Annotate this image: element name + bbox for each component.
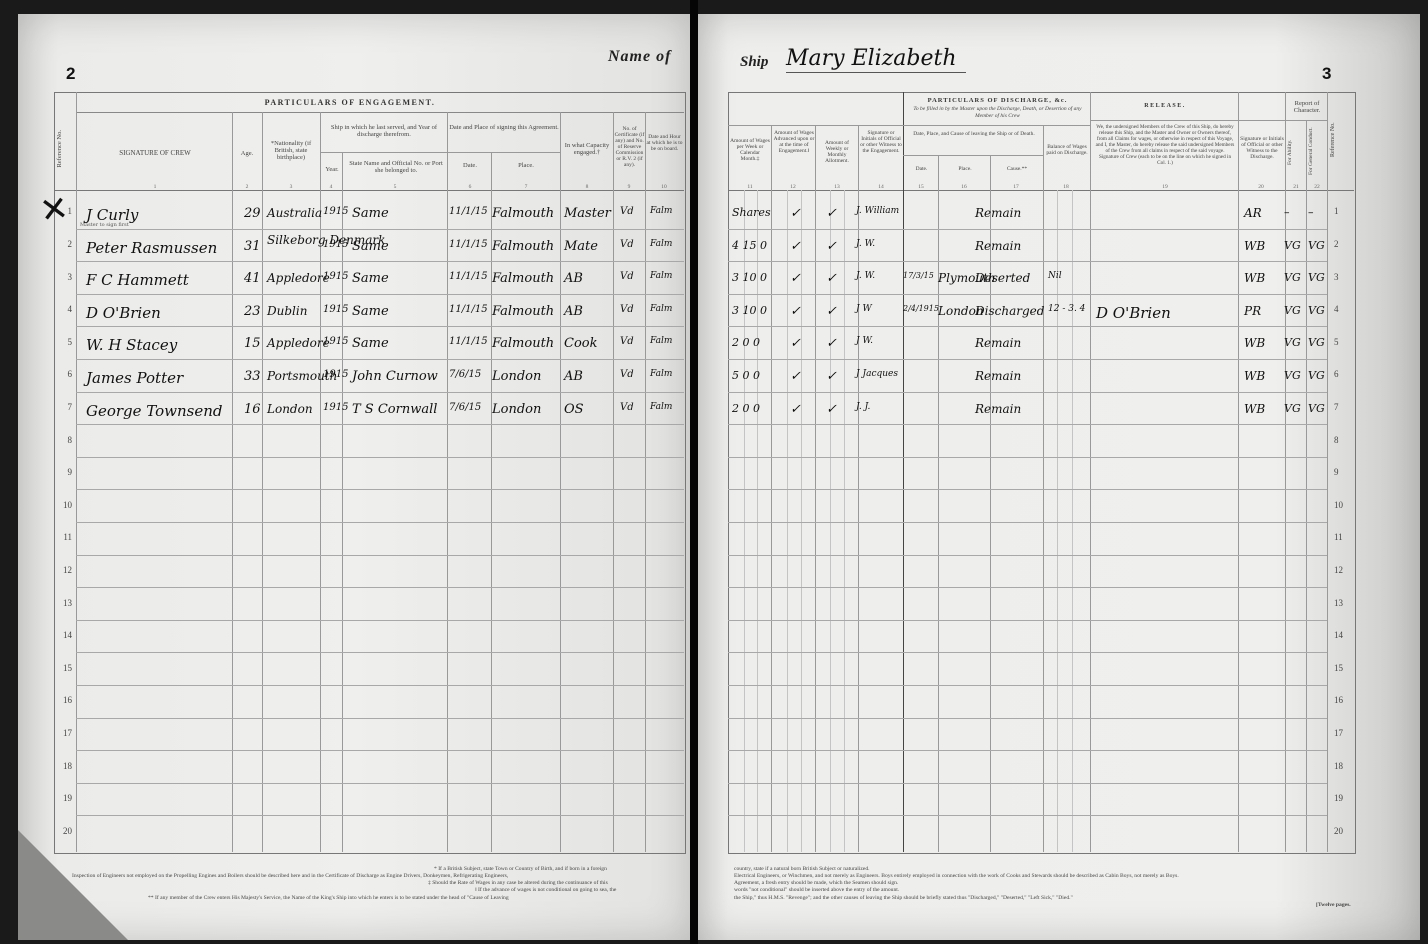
crew-witness: J. W. — [856, 271, 875, 281]
row-line-right — [728, 522, 1327, 523]
crew-date: 7/6/15 — [449, 402, 481, 413]
crew-date: 11/1/15 — [449, 239, 488, 250]
crew-discharge-witness: WB — [1244, 239, 1265, 253]
crew-on-board: Falm — [650, 304, 672, 314]
colnum-10: 10 — [654, 184, 674, 190]
crew-date: 11/1/15 — [449, 271, 488, 282]
crew-certificate: Vd — [620, 206, 634, 217]
row-number-right: 8 — [1334, 435, 1339, 445]
col-conduct: For General Conduct. — [1308, 124, 1327, 179]
col-year: Year. — [322, 166, 342, 173]
crew-cause: Remain — [975, 402, 1021, 416]
crew-last-ship: Same — [352, 336, 389, 351]
section-title-character: Report of Character. — [1287, 100, 1327, 114]
row-line-right — [728, 652, 1327, 653]
col-on-board: Date and Hour at which he is to be on bo… — [646, 134, 683, 152]
row-number-left: 9 — [58, 467, 72, 477]
crew-signature: Peter Rasmussen — [86, 239, 217, 257]
footnote-right-ship: the Ship," thus H.M.S. "Revenge"; and th… — [734, 895, 1073, 902]
crew-wages: 2 0 0 — [732, 336, 760, 349]
row-line-left — [76, 718, 684, 719]
row-number-right: 13 — [1334, 598, 1343, 608]
col-place: Place. — [493, 162, 559, 169]
crew-cause: Remain — [975, 206, 1021, 220]
crew-wages: 4 15 0 — [732, 239, 767, 252]
row-line-left — [76, 783, 684, 784]
ship-name: Mary Elizabeth — [786, 46, 957, 71]
row-number-right: 19 — [1334, 793, 1343, 803]
row-line-right — [728, 294, 1327, 295]
row-line-right — [728, 718, 1327, 719]
crew-balance: Nil — [1048, 271, 1062, 281]
crew-date: 11/1/15 — [449, 206, 488, 217]
col-wages: Amount of Wages per Week or Calendar Mon… — [730, 138, 770, 162]
row-number-right: 20 — [1334, 826, 1343, 836]
crew-on-board: Falm — [650, 369, 672, 379]
crew-date: 7/6/15 — [449, 369, 481, 380]
crew-allotment: ✓ — [826, 206, 837, 221]
crew-cause: Remain — [975, 239, 1021, 253]
crew-wages: 5 0 0 — [732, 369, 760, 382]
row-number-right: 17 — [1334, 728, 1343, 738]
crew-release-signature: D O'Brien — [1096, 304, 1171, 322]
crew-year: 1915 — [323, 304, 348, 315]
crew-advance: ✓ — [790, 336, 801, 351]
row-number-left: 5 — [58, 337, 72, 347]
row-line-left — [76, 294, 684, 295]
crew-place: London — [492, 369, 541, 384]
crew-certificate: Vd — [620, 304, 634, 315]
crew-allotment: ✓ — [826, 304, 837, 319]
crew-age: 29 — [244, 206, 261, 221]
crew-on-board: Falm — [650, 402, 672, 412]
crew-signature: George Townsend — [86, 402, 223, 420]
row-number-right: 2 — [1334, 239, 1339, 249]
colnum-22: 22 — [1307, 184, 1327, 190]
crew-place: Falmouth — [492, 336, 554, 351]
row-number-left: 12 — [58, 565, 72, 575]
crew-signature: J Curly — [86, 206, 138, 224]
crew-ability: VG — [1284, 369, 1301, 382]
row-line-left — [76, 587, 684, 588]
colnum-7: 7 — [516, 184, 536, 190]
row-line-right — [728, 424, 1327, 425]
row-line-left — [76, 750, 684, 751]
section-title-engagement: PARTICULARS OF ENGAGEMENT. — [200, 98, 500, 107]
footnote-right-electrical: Electrical Engineers, or Winchmen, and n… — [734, 873, 1179, 880]
row-line-right — [728, 392, 1327, 393]
row-number-left: 2 — [58, 239, 72, 249]
crew-place: Falmouth — [492, 304, 554, 319]
crew-capacity: AB — [564, 369, 583, 384]
col-cause: Cause.** — [992, 166, 1042, 173]
row-line-left — [76, 392, 684, 393]
crew-year: 1915 — [323, 336, 348, 347]
section-title-discharge: PARTICULARS OF DISCHARGE, &c. — [905, 97, 1090, 104]
group-leaving: Date, Place, and Cause of leaving the Sh… — [905, 131, 1043, 138]
row-number-left: 4 — [58, 304, 72, 314]
colnum-2: 2 — [237, 184, 257, 190]
row-number-left: 11 — [58, 532, 72, 542]
crew-witness: J. W. — [856, 239, 875, 249]
crew-last-ship: T S Cornwall — [352, 402, 437, 417]
crew-nationality: Appledore — [267, 271, 330, 285]
col-advance: Amount of Wages Advanced upon or at the … — [773, 130, 815, 154]
crew-advance: ✓ — [790, 271, 801, 286]
crew-ability: VG — [1284, 239, 1301, 252]
row-number-right: 16 — [1334, 695, 1343, 705]
section-discharge-sub: To be filled in by the Master upon the D… — [905, 106, 1090, 120]
crew-certificate: Vd — [620, 369, 634, 380]
colnum-12: 12 — [783, 184, 803, 190]
row-line-left — [76, 424, 684, 425]
row-number-right: 7 — [1334, 402, 1339, 412]
title-ship: Ship — [740, 54, 768, 71]
crew-conduct: VG — [1308, 239, 1325, 252]
row-line-right — [728, 783, 1327, 784]
row-line-right — [728, 326, 1327, 327]
col-ability: For Ability. — [1287, 130, 1306, 175]
col-nationality: *Nationality (if British, state birthpla… — [264, 140, 318, 161]
crew-nationality: Dublin — [267, 304, 307, 318]
crew-place: Falmouth — [492, 271, 554, 286]
row-line-right — [728, 815, 1327, 816]
colnum-9: 9 — [619, 184, 639, 190]
colnum-13: 13 — [827, 184, 847, 190]
row-line-left — [76, 685, 684, 686]
book-spine — [690, 0, 698, 944]
crew-witness: J W. — [856, 336, 873, 346]
row-line-left — [76, 261, 684, 262]
section-title-release: RELEASE. — [1092, 103, 1238, 109]
crew-witness: J W — [856, 304, 872, 314]
row-number-left: 6 — [58, 369, 72, 379]
crew-wages: 3 10 0 — [732, 271, 767, 284]
row-number-right: 11 — [1334, 532, 1343, 542]
row-line-left — [76, 815, 684, 816]
crew-capacity: OS — [564, 402, 584, 417]
colnum-3: 3 — [281, 184, 301, 190]
col-dis-place: Place. — [940, 166, 990, 173]
crew-age: 15 — [244, 336, 261, 351]
crew-on-board: Falm — [650, 271, 672, 281]
footnote-right-country: country, state if a natural born British… — [734, 866, 870, 873]
crew-advance: ✓ — [790, 369, 801, 384]
row-number-right: 15 — [1334, 663, 1343, 673]
row-line-left — [76, 620, 684, 621]
crew-allotment: ✓ — [826, 271, 837, 286]
crew-capacity: AB — [564, 271, 583, 286]
row-line-right — [728, 489, 1327, 490]
crew-allotment: ✓ — [826, 402, 837, 417]
row-number-right: 4 — [1334, 304, 1339, 314]
colnum-15: 15 — [911, 184, 931, 190]
col-dis-date: Date. — [905, 166, 938, 173]
crew-discharge-witness: AR — [1244, 206, 1262, 220]
crew-age: 16 — [244, 402, 261, 417]
row-line-right — [728, 359, 1327, 360]
crew-cause: Discharged — [975, 304, 1044, 318]
crew-cause: Remain — [975, 336, 1021, 350]
colnum-1: 1 — [145, 184, 165, 190]
crew-discharge-witness: WB — [1244, 336, 1265, 350]
row-line-left — [76, 457, 684, 458]
row-line-right — [728, 750, 1327, 751]
crew-year: 1915 — [323, 239, 348, 250]
crew-ability: VG — [1284, 402, 1301, 415]
col-certificate: No. of Certificate (if any) and No. of R… — [614, 126, 645, 168]
crew-year: 1915 — [323, 369, 348, 380]
row-number-right: 3 — [1334, 272, 1339, 282]
row-line-left — [76, 555, 684, 556]
row-number-left: 18 — [58, 761, 72, 771]
crew-cause: Remain — [975, 369, 1021, 383]
page-note: [Twelve pages. — [1316, 902, 1351, 909]
crew-year: 1915 — [323, 402, 348, 413]
colnum-20: 20 — [1251, 184, 1271, 190]
colnum-19: 19 — [1155, 184, 1175, 190]
col-witness-discharge: Signature or Initials of Official or oth… — [1240, 136, 1284, 160]
row-number-right: 6 — [1334, 369, 1339, 379]
crew-capacity: AB — [564, 304, 583, 319]
crew-conduct: VG — [1308, 271, 1325, 284]
crew-signature: D O'Brien — [86, 304, 161, 322]
crew-advance: ✓ — [790, 239, 801, 254]
crew-year: 1915 — [323, 271, 348, 282]
crew-ability: – — [1284, 206, 1290, 219]
crew-allotment: ✓ — [826, 336, 837, 351]
crew-discharge-witness: WB — [1244, 402, 1265, 416]
crew-wages: Shares — [732, 206, 771, 219]
row-number-left: 14 — [58, 630, 72, 640]
crew-witness: J. J. — [856, 402, 870, 412]
row-line-right — [728, 587, 1327, 588]
footnote-kings-service: ** If any member of the Crew enters His … — [148, 895, 509, 902]
crew-capacity: Master — [564, 206, 611, 221]
crew-advance: ✓ — [790, 206, 801, 221]
crew-signature: W. H Stacey — [86, 336, 177, 354]
crew-certificate: Vd — [620, 336, 634, 347]
colnum-4: 4 — [321, 184, 341, 190]
crew-capacity: Mate — [564, 239, 598, 254]
row-number-left: 8 — [58, 435, 72, 445]
footnote-engineers: Inspection of Engineers not employed on … — [72, 873, 508, 880]
colnum-6: 6 — [460, 184, 480, 190]
row-number-left: 3 — [58, 272, 72, 282]
crew-age: 23 — [244, 304, 261, 319]
title-name-of: Name of — [608, 48, 671, 66]
col-release-text: We, the undersigned Members of the Crew … — [1095, 124, 1235, 166]
row-number-left: 20 — [58, 826, 72, 836]
colnum-5: 5 — [385, 184, 405, 190]
crew-date: 11/1/15 — [449, 336, 488, 347]
crew-last-ship: Same — [352, 304, 389, 319]
col-reference-no-right: Reference No. — [1330, 110, 1352, 170]
crew-last-ship: John Curnow — [352, 369, 438, 384]
row-number-right: 14 — [1334, 630, 1343, 640]
row-number-left: 13 — [58, 598, 72, 608]
row-number-right: 1 — [1334, 206, 1339, 216]
crew-allotment: ✓ — [826, 239, 837, 254]
crew-signature: James Potter — [86, 369, 183, 387]
group-date-place-signing: Date and Place of signing this Agreement… — [449, 124, 559, 131]
crew-advance: ✓ — [790, 402, 801, 417]
crew-witness: J. William — [856, 206, 899, 216]
crew-capacity: Cook — [564, 336, 597, 351]
colnum-14: 14 — [871, 184, 891, 190]
crew-witness: J Jacques — [856, 369, 898, 379]
col-capacity: In what Capacity engaged.† — [562, 142, 612, 156]
row-number-left: 15 — [58, 663, 72, 673]
crew-ability: VG — [1284, 336, 1301, 349]
col-reference-no: Reference No. — [56, 130, 74, 168]
cross-mark: ✕ — [37, 188, 71, 232]
footnote-right-agreement: Agreement, a fresh entry should be made,… — [734, 880, 898, 887]
crew-on-board: Falm — [650, 239, 672, 249]
crew-age: 41 — [244, 271, 261, 286]
crew-cause: Deserted — [975, 271, 1030, 285]
crew-conduct: VG — [1308, 336, 1325, 349]
footnote-advance: ‖ If the advance of wages is not conditi… — [475, 887, 616, 894]
row-number-right: 9 — [1334, 467, 1339, 477]
left-page-number: 2 — [66, 64, 75, 84]
crew-signature: F C Hammett — [86, 271, 189, 289]
col-date: Date. — [449, 162, 491, 169]
row-number-left: 10 — [58, 500, 72, 510]
ship-name-underline — [786, 72, 966, 73]
crew-wages: 2 0 0 — [732, 402, 760, 415]
crew-on-board: Falm — [650, 336, 672, 346]
footnote-nationality: * If a British Subject, state Town or Co… — [434, 866, 607, 873]
col-age: Age. — [234, 150, 260, 157]
colnum-21: 21 — [1286, 184, 1306, 190]
crew-ability: VG — [1284, 304, 1301, 317]
crew-allotment: ✓ — [826, 369, 837, 384]
crew-date: 11/1/15 — [449, 304, 488, 315]
colnum-8: 8 — [577, 184, 597, 190]
right-page-number: 3 — [1322, 64, 1331, 84]
crew-advance: ✓ — [790, 304, 801, 319]
crew-age: 31 — [244, 239, 261, 254]
row-line-left — [76, 489, 684, 490]
crew-nationality: Australia — [267, 206, 322, 220]
col-balance: Balance of Wages paid on Discharge. — [1045, 144, 1089, 156]
crew-ability: VG — [1284, 271, 1301, 284]
col-state-name: State Name and Official No. or Port she … — [346, 160, 446, 174]
row-line-left — [76, 229, 684, 230]
row-number-right: 5 — [1334, 337, 1339, 347]
crew-conduct: – — [1308, 206, 1314, 219]
crew-discharge-date: 17/3/15 — [903, 271, 934, 280]
crew-last-ship: Same — [352, 271, 389, 286]
col-signature-of-crew: SIGNATURE OF CREW — [80, 150, 230, 157]
crew-place: Falmouth — [492, 206, 554, 221]
row-line-right — [728, 229, 1327, 230]
row-line-left — [76, 326, 684, 327]
row-number-left: 16 — [58, 695, 72, 705]
row-number-right: 10 — [1334, 500, 1343, 510]
crew-conduct: VG — [1308, 402, 1325, 415]
row-number-left: 19 — [58, 793, 72, 803]
row-number-left: 7 — [58, 402, 72, 412]
crew-on-board: Falm — [650, 206, 672, 216]
col-witness-engagement: Signature or Initials of Official or oth… — [860, 130, 902, 154]
crew-discharge-witness: WB — [1244, 369, 1265, 383]
row-line-right — [728, 555, 1327, 556]
crew-last-ship: Same — [352, 206, 389, 221]
crew-balance: 12 - 3. 4 — [1048, 304, 1085, 314]
row-number-right: 18 — [1334, 761, 1343, 771]
colnum-11: 11 — [740, 184, 760, 190]
row-line-right — [728, 261, 1327, 262]
crew-age: 33 — [244, 369, 261, 384]
footnote-right-words: words "not conditional" should be insert… — [734, 887, 899, 894]
crew-conduct: VG — [1308, 304, 1325, 317]
group-ship-last-served: Ship in which he last served, and Year o… — [322, 124, 446, 138]
crew-discharge-date: 2/4/1915 — [903, 304, 939, 313]
crew-discharge-witness: PR — [1244, 304, 1261, 318]
colnum-17: 17 — [1006, 184, 1026, 190]
row-line-left — [76, 359, 684, 360]
row-number-right: 12 — [1334, 565, 1343, 575]
row-line-right — [728, 685, 1327, 686]
crew-wages: 3 10 0 — [732, 304, 767, 317]
colnum-16: 16 — [954, 184, 974, 190]
row-line-left — [76, 652, 684, 653]
crew-place: London — [492, 402, 541, 417]
crew-nationality: Appledore — [267, 336, 330, 350]
row-line-right — [728, 457, 1327, 458]
crew-certificate: Vd — [620, 239, 634, 250]
crew-nationality: London — [267, 402, 313, 416]
footnote-wages-altered: ‡ Should the Rate of Wages in any case b… — [428, 880, 608, 887]
row-line-left — [76, 522, 684, 523]
crew-certificate: Vd — [620, 402, 634, 413]
crew-last-ship: Same — [352, 239, 389, 254]
row-line-right — [728, 620, 1327, 621]
col-allotment: Amount of Weekly or Monthly Allotment. — [817, 140, 857, 164]
colnum-18: 18 — [1056, 184, 1076, 190]
crew-year: 1915 — [323, 206, 348, 217]
crew-discharge-witness: WB — [1244, 271, 1265, 285]
crew-conduct: VG — [1308, 369, 1325, 382]
row-number-left: 17 — [58, 728, 72, 738]
crew-place: Falmouth — [492, 239, 554, 254]
crew-certificate: Vd — [620, 271, 634, 282]
